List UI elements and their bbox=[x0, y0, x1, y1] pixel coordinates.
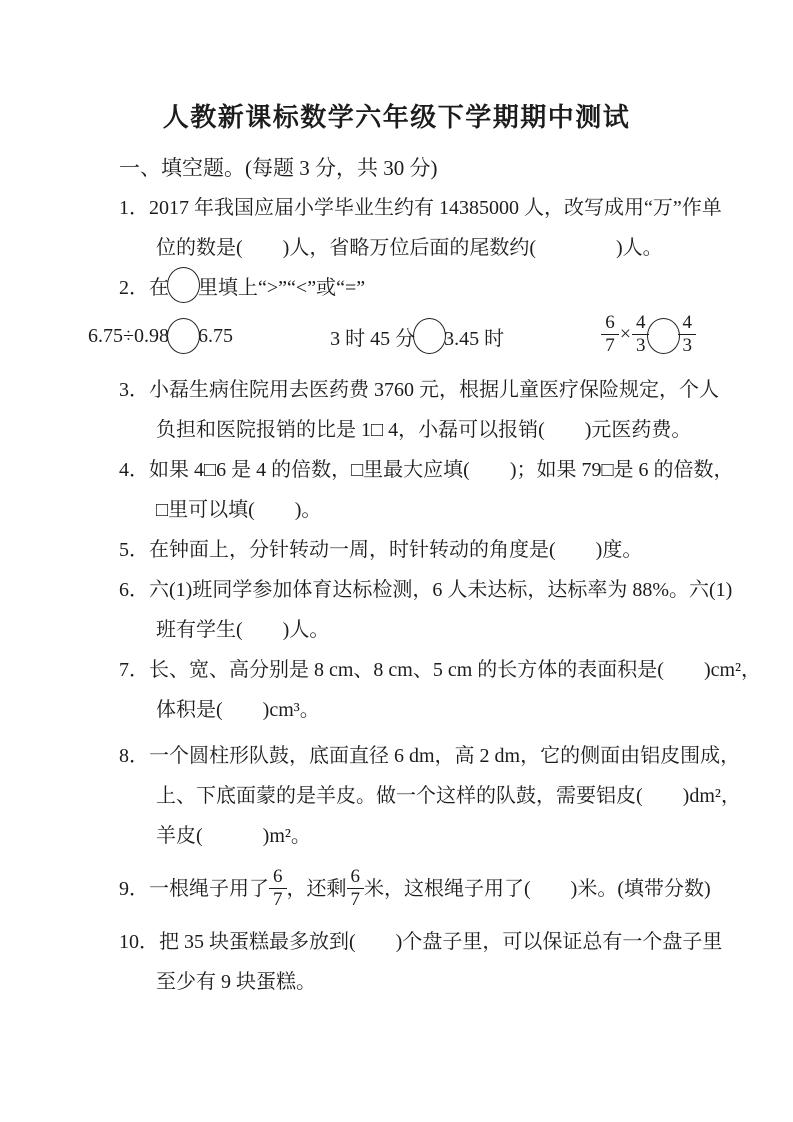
fraction-numerator: 6 bbox=[269, 867, 287, 889]
question-5: 5．在钟面上，分针转动一周，时针转动的角度是( )度。 bbox=[0, 530, 793, 570]
question-7-line-2: 体积是( )cm³。 bbox=[0, 690, 793, 730]
fraction-denominator: 7 bbox=[347, 889, 365, 910]
comparison-left-expression: 3 时 45 分 bbox=[330, 322, 415, 351]
question-9-text-post: 米，这根绳子用了( )米。(填带分数) bbox=[364, 878, 711, 900]
fraction: 67 bbox=[347, 867, 365, 910]
blank-circle-icon bbox=[647, 318, 680, 354]
question-6-line-2: 班有学生( )人。 bbox=[0, 610, 793, 650]
question-8-line-2: 上、下底面蒙的是羊皮。做一个这样的队鼓，需要铝皮( )dm²， bbox=[0, 776, 793, 816]
comparison-item-decimal-division: 6.75÷0.986.75 bbox=[88, 318, 233, 354]
fraction-denominator: 7 bbox=[601, 335, 619, 356]
question-8-line-1: 8．一个圆柱形队鼓，底面直径 6 dm，高 2 dm，它的侧面由铝皮围成， bbox=[0, 736, 793, 776]
test-paper-page: 人教新课标数学六年级下学期期中测试 一、填空题。(每题 3 分，共 30 分) … bbox=[0, 0, 793, 1122]
question-10-line-2: 至少有 9 块蛋糕。 bbox=[0, 962, 793, 1002]
section-heading-fill-in-blanks: 一、填空题。(每题 3 分，共 30 分) bbox=[0, 148, 793, 188]
document-content: 人教新课标数学六年级下学期期中测试 一、填空题。(每题 3 分，共 30 分) … bbox=[0, 0, 793, 1002]
question-8-line-3: 羊皮( )m²。 bbox=[0, 816, 793, 856]
question-6-line-1: 6．六(1)班同学参加体育达标检测，6 人未达标，达标率为 88%。六(1) bbox=[0, 570, 793, 610]
question-3-line-2: 负担和医院报销的比是 1□ 4，小磊可以报销( )元医药费。 bbox=[0, 410, 793, 450]
question-1-line-2: 位的数是( )人，省略万位后面的尾数约( )人。 bbox=[0, 228, 793, 268]
question-4-line-1: 4．如果 4□6 是 4 的倍数，□里最大应填( )；如果 79□是 6 的倍数… bbox=[0, 450, 793, 490]
blank-circle-icon bbox=[167, 267, 200, 303]
question-2-text-post: 里填上“>”“<”或“=” bbox=[198, 277, 365, 299]
fraction: 67 bbox=[601, 313, 619, 356]
blank-circle-icon bbox=[167, 318, 200, 354]
fraction: 67 bbox=[269, 867, 287, 910]
question-4-line-2: □里可以填( )。 bbox=[0, 490, 793, 530]
question-9: 9．一根绳子用了67，还剩67米，这根绳子用了( )米。(填带分数) bbox=[0, 860, 793, 918]
question-10-line-1: 10．把 35 块蛋糕最多放到( )个盘子里，可以保证总有一个盘子里 bbox=[0, 922, 793, 962]
comparison-left-expression: 6.75÷0.98 bbox=[88, 325, 169, 348]
fraction-denominator: 3 bbox=[678, 335, 696, 356]
question-7-line-1: 7．长、宽、高分别是 8 cm、8 cm、5 cm 的长方体的表面积是( )cm… bbox=[0, 650, 793, 690]
fraction-numerator: 6 bbox=[347, 867, 365, 889]
comparison-row: 6.75÷0.986.75 3 时 45 分3.45 时 67×4343 bbox=[0, 308, 793, 364]
question-9-text-mid: ，还剩 bbox=[287, 878, 347, 900]
fraction-numerator: 6 bbox=[601, 313, 619, 335]
question-3-line-1: 3．小磊生病住院用去医药费 3760 元，根据儿童医疗保险规定，个人 bbox=[0, 370, 793, 410]
comparison-item-time: 3 时 45 分3.45 时 bbox=[330, 318, 504, 354]
fraction-denominator: 7 bbox=[269, 889, 287, 910]
comparison-right-expression: 3.45 时 bbox=[444, 322, 504, 351]
question-9-text-pre: 9．一根绳子用了 bbox=[119, 878, 269, 900]
page-title: 人教新课标数学六年级下学期期中测试 bbox=[0, 97, 793, 134]
fraction-numerator: 4 bbox=[678, 313, 696, 335]
blank-circle-icon bbox=[413, 318, 446, 354]
question-1-line-1: 1．2017 年我国应届小学毕业生约有 14385000 人，改写成用“万”作单 bbox=[0, 188, 793, 228]
comparison-right-expression: 6.75 bbox=[198, 325, 233, 348]
question-2: 2．在里填上“>”“<”或“=” bbox=[0, 268, 793, 308]
fraction: 43 bbox=[678, 313, 696, 356]
question-2-text-pre: 2．在 bbox=[119, 277, 169, 299]
multiplication-sign: × bbox=[620, 323, 631, 346]
comparison-item-fractions: 67×4343 bbox=[601, 315, 696, 358]
